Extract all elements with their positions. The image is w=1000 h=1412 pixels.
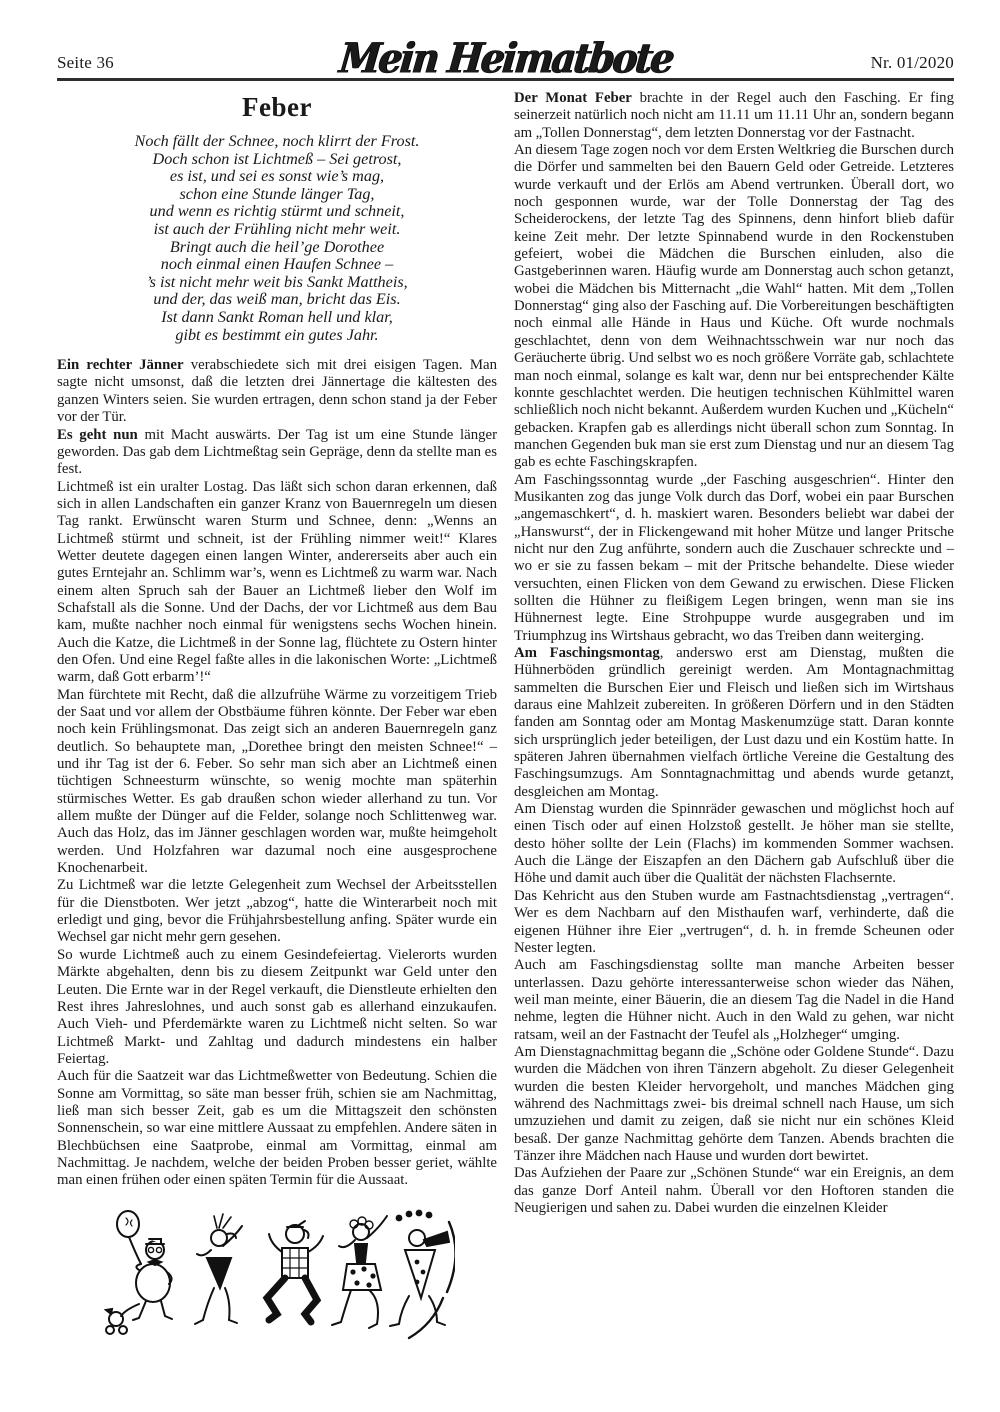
poem-line: es ist, und sei es sonst wie’s mag,: [57, 168, 497, 186]
article-paragraph: Auch für die Saatzeit war das Lichtmeßwe…: [57, 1068, 497, 1189]
paragraph-lead: Am Faschingsmontag: [514, 645, 660, 661]
article-paragraph: Es geht nun mit Macht auswärts. Der Tag …: [57, 427, 497, 479]
carnival-dancers-illustration: [57, 1206, 497, 1356]
paragraph-text: Man fürchtete mit Recht, daß die allzufr…: [57, 687, 497, 876]
right-column: Der Monat Feber brachte in der Regel auc…: [514, 90, 954, 1356]
article-paragraph: Am Dienstag wurden die Spinnräder gewasc…: [514, 801, 954, 888]
poem-line: gibt es bestimmt ein gutes Jahr.: [57, 327, 497, 345]
poem-line: Doch schon ist Lichtmeß – Sei getrost,: [57, 151, 497, 169]
left-column: Feber Noch fällt der Schnee, noch klirrt…: [57, 90, 497, 1356]
masthead-logo: Mein Heimatbote: [337, 33, 674, 82]
newspaper-page: Seite 36 Mein Heimatbote Nr. 01/2020 Feb…: [0, 0, 1000, 1412]
article-paragraph: Zu Lichtmeß war die letzte Gelegenheit z…: [57, 877, 497, 946]
poem-line: und wenn es richtig stürmt und schneit,: [57, 203, 497, 221]
page-number-label: Seite 36: [57, 53, 114, 73]
paragraph-text: Am Dienstag wurden die Spinnräder gewasc…: [514, 801, 954, 886]
poem-line: schon eine Stunde länger Tag,: [57, 186, 497, 204]
paragraph-text: Das Kehricht aus den Stuben wurde am Fas…: [514, 888, 954, 956]
poem-line: und der, das weiß man, bricht das Eis.: [57, 291, 497, 309]
poem: Noch fällt der Schnee, noch klirrt der F…: [57, 133, 497, 344]
article-columns: Feber Noch fällt der Schnee, noch klirrt…: [57, 90, 954, 1356]
poem-line: Noch fällt der Schnee, noch klirrt der F…: [57, 133, 497, 151]
paragraph-lead: Ein rechter Jänner: [57, 357, 184, 373]
poem-line: Bringt auch die heil’ge Dorothee: [57, 239, 497, 257]
article-paragraph: Der Monat Feber brachte in der Regel auc…: [514, 90, 954, 142]
article-paragraph: Ein rechter Jänner verabschiedete sich m…: [57, 357, 497, 426]
paragraph-text: Auch am Faschingsdienstag sollte man man…: [514, 957, 954, 1042]
poem-line: ist auch der Frühling nicht mehr weit.: [57, 221, 497, 239]
paragraph-lead: Es geht nun: [57, 427, 138, 443]
article-paragraph: An diesem Tage zogen noch vor dem Ersten…: [514, 142, 954, 472]
poem-line: ’s ist nicht mehr weit bis Sankt Matthei…: [57, 274, 497, 292]
article-paragraph: Das Kehricht aus den Stuben wurde am Fas…: [514, 888, 954, 957]
paragraph-text: Am Faschingssonntag wurde „der Fasching …: [514, 472, 954, 644]
article-paragraph: Das Aufziehen der Paare zur „Schönen Stu…: [514, 1165, 954, 1217]
article-paragraph: Lichtmeß ist ein uralter Lostag. Das läß…: [57, 479, 497, 687]
issue-number-label: Nr. 01/2020: [871, 53, 954, 73]
poem-line: Ist dann Sankt Roman hell und klar,: [57, 309, 497, 327]
paragraph-text: Auch für die Saatzeit war das Lichtmeßwe…: [57, 1068, 497, 1188]
article-paragraph: Am Faschingsmontag, anderswo erst am Die…: [514, 645, 954, 801]
paragraph-text: So wurde Lichtmeß auch zu einem Gesindef…: [57, 947, 497, 1067]
article-paragraph: Am Faschingssonntag wurde „der Fasching …: [514, 472, 954, 645]
article-title: Feber: [57, 92, 497, 123]
paragraph-text: Zu Lichtmeß war die letzte Gelegenheit z…: [57, 877, 497, 945]
poem-line: noch einmal einen Haufen Schnee –: [57, 256, 497, 274]
paragraph-text: Lichtmeß ist ein uralter Lostag. Das läß…: [57, 479, 497, 686]
article-paragraph: So wurde Lichtmeß auch zu einem Gesindef…: [57, 947, 497, 1068]
article-paragraph: Am Dienstagnachmittag begann die „Schöne…: [514, 1044, 954, 1165]
paragraph-lead: Der Monat Feber: [514, 90, 632, 106]
paragraph-text: Am Dienstagnachmittag begann die „Schöne…: [514, 1044, 954, 1164]
article-paragraph: Auch am Faschingsdienstag sollte man man…: [514, 957, 954, 1044]
article-paragraph: Man fürchtete mit Recht, daß die allzufr…: [57, 687, 497, 878]
paragraph-text: Das Aufziehen der Paare zur „Schönen Stu…: [514, 1165, 954, 1216]
paragraph-text: An diesem Tage zogen noch vor dem Ersten…: [514, 142, 954, 470]
page-header: Seite 36 Mein Heimatbote Nr. 01/2020: [57, 38, 954, 81]
paragraph-text: , anderswo erst am Dienstag, mußten die …: [514, 645, 954, 800]
